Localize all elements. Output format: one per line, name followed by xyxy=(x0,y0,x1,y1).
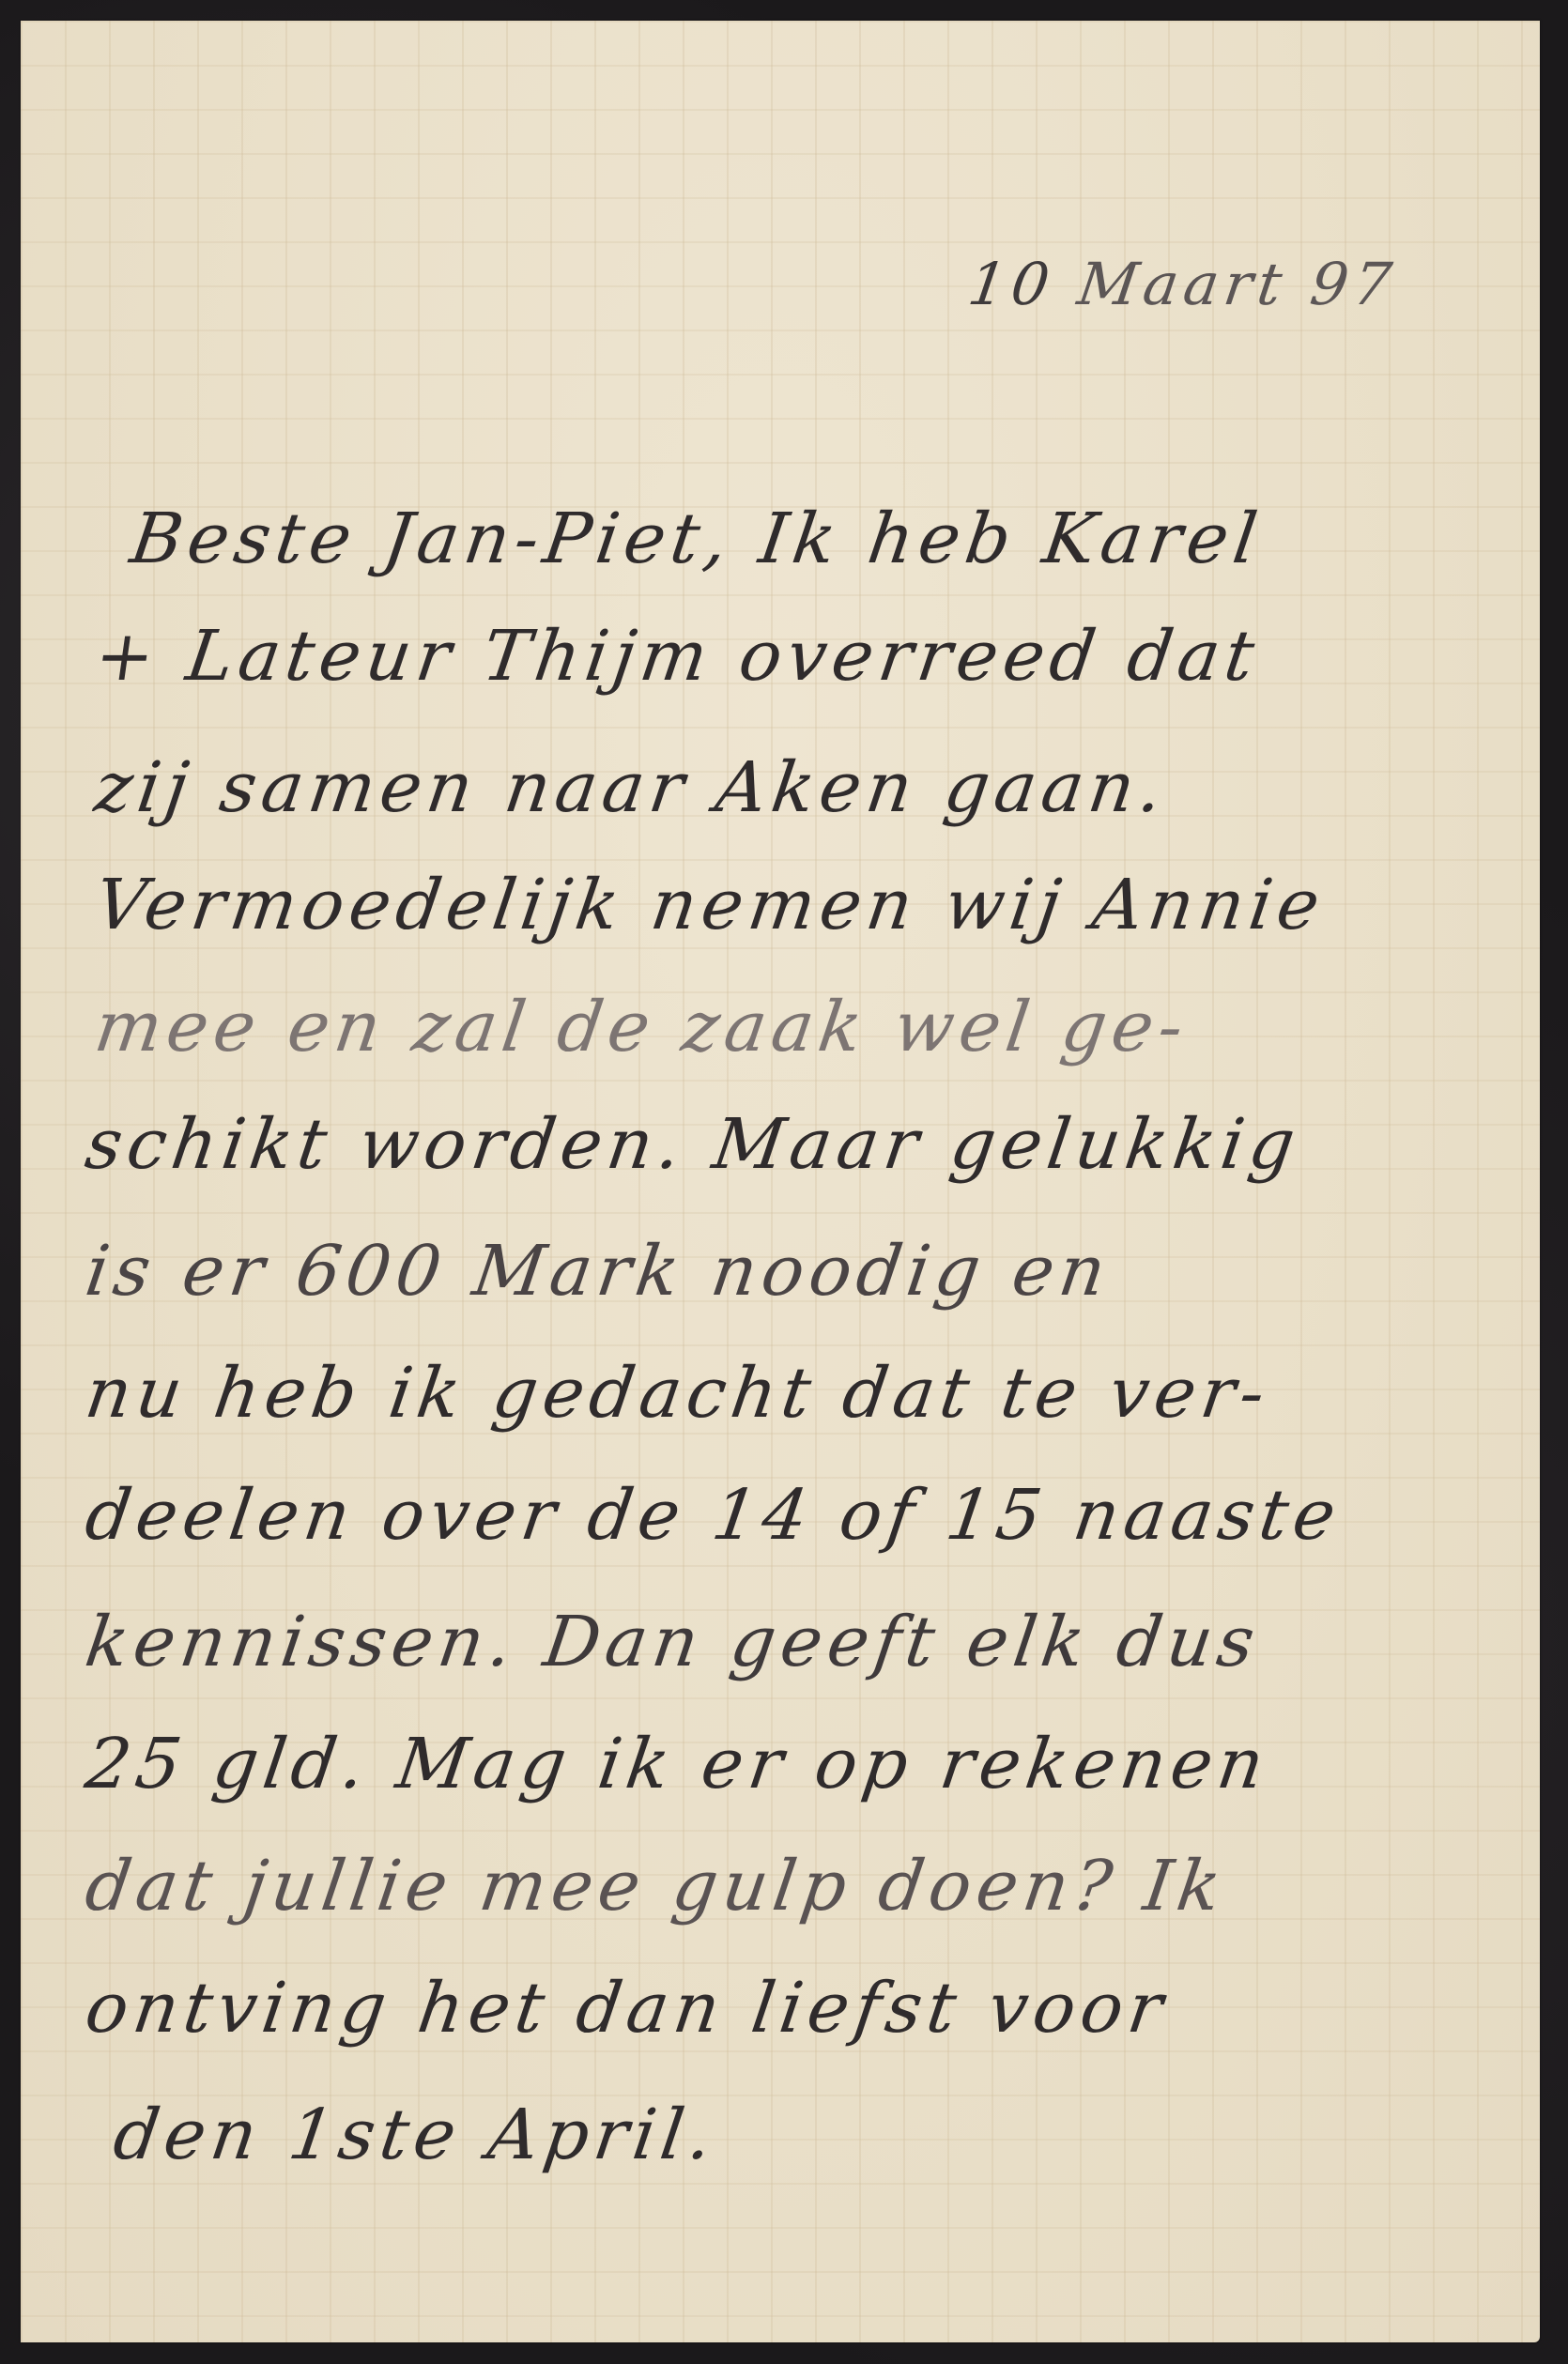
date-day: 10 xyxy=(964,250,1059,318)
letter-page: 10 Maart 97 Beste Jan-Piet, Ik heb Karel… xyxy=(21,21,1540,2342)
letter-line-7: is er 600 Mark noodig en xyxy=(82,1236,1115,1306)
letter-line-2: + Lateur Thijm overreed dat xyxy=(91,622,1264,691)
letter-line-11: 25 gld. Mag ik er op rekenen xyxy=(82,1729,1273,1799)
letter-line-4: Vermoedelijk nemen wij Annie xyxy=(91,870,1330,940)
letter-line-1: Beste Jan-Piet, Ik heb Karel xyxy=(127,504,1267,574)
letter-line-8: nu heb ik gedacht dat te ver- xyxy=(82,1359,1274,1428)
letter-line-10: kennissen. Dan geeft elk dus xyxy=(82,1607,1265,1677)
letter-line-5: mee en zal de zaak wel ge- xyxy=(91,992,1193,1062)
letter-line-12: dat jullie mee gulp doen? Ik xyxy=(82,1851,1231,1921)
letter-date: 10 Maart 97 xyxy=(965,255,1401,314)
letter-line-14: den 1ste April. xyxy=(110,2100,722,2170)
letter-line-9: deelen over de 14 of 15 naaste xyxy=(82,1481,1345,1550)
letter-line-3: zij samen naar Aken gaan. xyxy=(91,753,1173,822)
letter-line-6: schikt worden. Maar gelukkig xyxy=(82,1110,1304,1179)
letter-line-13: ontving het dan liefst voor xyxy=(82,1973,1173,2043)
date-month-year: Maart 97 xyxy=(1074,250,1402,318)
